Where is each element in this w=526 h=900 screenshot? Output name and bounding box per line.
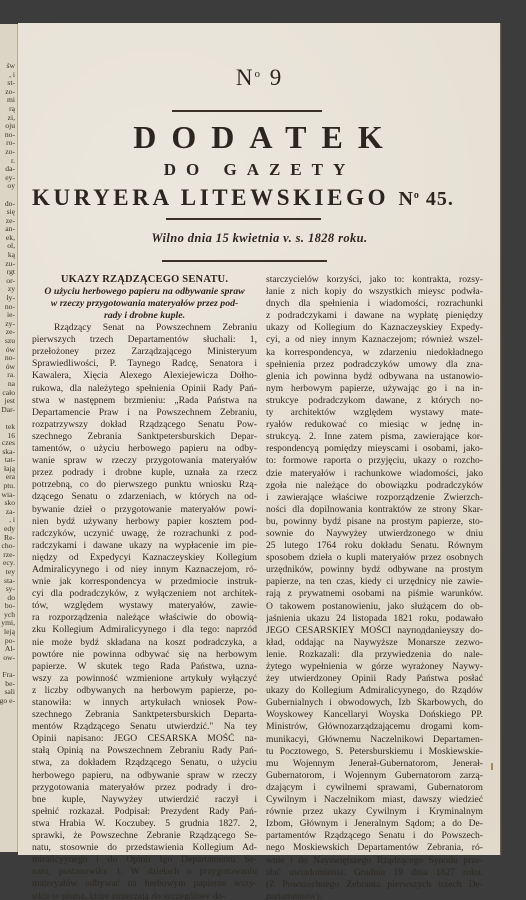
text-line: powtóre nie powinna odbywać się na herbo… [32, 649, 257, 661]
text-line: O takowem postanowieniu, jako służącem d… [266, 601, 483, 613]
text-line: papierze, na ten czas, kiedy ci urzędnic… [266, 576, 483, 588]
paper-stain [491, 763, 493, 770]
text-line: mu Wojennym Jenerał-Gubernatorom, Jenera… [266, 758, 483, 770]
newspaper-page: No 9 DODATEK DO GAZETY KURYERA LITEWSKIE… [18, 23, 501, 855]
text-line: tów, względem wystawy materyałów, zawie- [32, 600, 257, 612]
dateline: Wilno dnia 15 kwietnia v. s. 1828 roku. [32, 231, 487, 246]
text-line: to: formowe raporta o przyjęciu, ukazy o… [266, 455, 483, 467]
text-line: wanie spraw w rzeczy przygotowania mater… [32, 455, 257, 467]
text-line: zku Kollegium Admiralicyynego i dla tego… [32, 624, 257, 636]
text-line: z podradczykami i dawane na wypłatę pien… [266, 310, 483, 322]
text-line: cyi dla podradczyków, z wyłączeniem not … [32, 588, 257, 600]
text-line: ności dla dopilnowania kontraktów ze str… [266, 504, 483, 516]
text-line: ryałów redukować co miesiąc w jednę in- [266, 419, 483, 431]
text-line: ty architektów względem wystawy mate- [266, 407, 483, 419]
text-line: radczykami i dawane ukazy na wypłacenie … [32, 540, 257, 552]
text-line: spełnienia przez podradczyków umowy dla … [266, 359, 483, 371]
title-dodatek: DODATEK [32, 119, 487, 156]
title-kuryer-litewski: KURYERA LITEWSKIEGO No 45. [32, 185, 487, 211]
adjacent-page-text-top: św , i st- zo- mi rą zi, oju no- ro- zo-… [1, 62, 15, 440]
text-line: Woyskowey Kancellaryi Woyska Dońskiego P… [266, 709, 483, 721]
text-line: Cywilnym i Naczelnikom miast, dawszy wie… [266, 794, 483, 806]
text-line: munikacyi, Głównemu Naczelnikowi Departa… [266, 734, 483, 746]
text-line: spełnić rozkazał. Podpisał: Prezydent Ra… [32, 806, 257, 818]
text-line: stwa w następnem brzmieniu: „Rada Państw… [32, 395, 257, 407]
text-line: papierze. W skutek tego Rada Państwa, uz… [32, 661, 257, 673]
text-line: rukowa, dla należytego spełnienia Opinii… [32, 383, 257, 395]
text-line: bu, powinny bydź pisane na prostym papie… [266, 516, 483, 528]
text-line: dzącego Senatu o zdarzeniach, w których … [32, 491, 257, 503]
text-line: stwa Hrabia W. Koczubey. 5 grudnia 1827.… [32, 818, 257, 830]
text-line: strukcyą. 2. Inne zatem pisma, zawierają… [266, 431, 483, 443]
text-line: ra rozporządzenia należące właściwie do … [32, 612, 257, 624]
text-line: kład, oddając na Naywyższe Monarsze zezw… [266, 637, 483, 649]
article-column-right: starczycielów korzyści, jako to: kontrak… [266, 274, 483, 900]
text-line: dzającym i cywilnemi sprawami, Gubernato… [266, 782, 483, 794]
text-line: lenie. Rozkazali: dla przywiedzenia do n… [266, 649, 483, 661]
article-column-left: UKAZY RZĄDZĄCEGO SENATU. O użyciu herbow… [32, 274, 257, 900]
text-line: strukcye podradczykom dawane, z których … [266, 395, 483, 407]
text-line: partamentów). [266, 891, 483, 900]
article-heading: UKAZY RZĄDZĄCEGO SENATU. [32, 274, 257, 286]
text-line: przez podrady i drobne kuple, uznała za … [32, 467, 257, 479]
document-viewer: św , i st- zo- mi rą zi, oju no- ro- zo-… [0, 0, 526, 900]
text-line: Gubernialnych i obwodowych, Izb Skarbowy… [266, 697, 483, 709]
text-line: Ministrów, Głównozarządzającemu drogami … [266, 721, 483, 733]
text-line: Departamencie Praw i na Powszechnem Zebr… [32, 407, 257, 419]
text-line: Sprawiedliwości, P. Taynego Radcę, Senat… [32, 358, 257, 370]
text-line: pierwszych trzech Departamentów słuchali… [32, 334, 257, 346]
text-line: urzędników, powinny bydź odbywane na pro… [266, 564, 483, 576]
text-line: wnie i do Nayświętszego Rządzącego Synod… [266, 855, 483, 867]
text-line: natu, postanowiło: 1. W dziełach o przyg… [32, 866, 257, 878]
text-line: szechnego Zebrania Sanktpetersburskich D… [32, 431, 257, 443]
header-rule [166, 218, 321, 220]
text-line: żey utwierdzoney Opinii Rady Państwa pos… [266, 673, 483, 685]
text-line: szechnego Zebrania Sanktpetersburskich D… [32, 709, 257, 721]
text-line: Admiralicyynego i od niey innym Kaznacze… [32, 564, 257, 576]
text-line: rozpatrzywszy dokład Rządzącego Senatu P… [32, 419, 257, 431]
article-body-right: starczycielów korzyści, jako to: kontrak… [266, 274, 483, 900]
text-line: niędzy od Expedycyi Kaznaczeyskiey Kolle… [32, 552, 257, 564]
header-rule [162, 260, 327, 262]
text-line: rają z prywatnemi osobami na piśmie waru… [266, 588, 483, 600]
text-line: bne kuple, Naywyżey utwierdzić raczył i [32, 794, 257, 806]
text-line: nie może bydź składana na koszt podradcz… [32, 637, 257, 649]
text-line: ka korrespondencya, w zdarzeniu niedokła… [266, 347, 483, 359]
text-line: sprawki, że Powszechne Zebranie Rządzące… [32, 830, 257, 842]
text-line: (Z Powszechnego Zebrania pierwszych trze… [266, 879, 483, 891]
text-line: potrzebną, co do pierwszego punktu wnios… [32, 479, 257, 491]
text-line: z liczby odbywanych na herbowym papierze… [32, 685, 257, 697]
text-line: zgoła nie należące do obowiązku podradcz… [266, 480, 483, 492]
text-line: 25 lutego 1764 roku dokładu Senatu. Równ… [266, 540, 483, 552]
text-line: stałą Opinią na Powszechnem Zebraniu Rad… [32, 745, 257, 757]
text-line: natu, stosownie do przedstawienia Kolleg… [32, 842, 257, 854]
text-line: materyałów odbywać na herbowym papierze … [32, 878, 257, 890]
adjacent-page-text-bottom: czes ska- tat- łają era ptu. wia- sko za… [0, 439, 15, 705]
text-line: mentów Rządzącego Senatu utwierdzić." Na… [32, 721, 257, 733]
text-line: respondencyą pomiędzy mieyscami i osobam… [266, 443, 483, 455]
text-line: żytego wypełnienia w górze wyrażoney Nay… [266, 661, 483, 673]
text-line: przełożoney przez Zarządzającego Ministe… [32, 346, 257, 358]
article-body-left: Rządzący Senat na Powszechnem Zebraniupi… [32, 322, 257, 900]
text-line: ukazy do Kollegium Admiralicyynego, do R… [266, 685, 483, 697]
text-line: nego Moskiewskich Departamentów Zebrania… [266, 842, 483, 854]
article-subheading: O użyciu herbowego papieru na odbywanie … [32, 286, 257, 322]
text-line: miralicyynego i do Opinii Igo Departamen… [32, 854, 257, 866]
text-line: łanie z nich kopiy do wszystkich mieysc … [266, 286, 483, 298]
text-line: tamentów, o użyciu herbowego papieru na … [32, 443, 257, 455]
text-line: cyi, a od niey innym Kaznaczejom; równie… [266, 334, 483, 346]
text-line: jaśnienia ukazu 24 listopada 1821 roku, … [266, 613, 483, 625]
text-line: ukazy od Kollegium do Kaznaczeyskiey Exp… [266, 322, 483, 334]
text-line: wnie jak korrespondencya w przedmiocie i… [32, 576, 257, 588]
text-line: Gubernatorom, i Wojennym Gubernatorom za… [266, 770, 483, 782]
text-line: Kawalera, Xięcia Alexego Alexiejewicza D… [32, 370, 257, 382]
text-line: wszy za powinność wzmienione artykuły wy… [32, 673, 257, 685]
text-line: równie przez ukazy Cywilnym i Kryminalny… [266, 806, 483, 818]
text-line: dnych dla spełnienia i wiadomości, rozra… [266, 298, 483, 310]
text-line: JEGO CESARSKIEY MOŚCI nayподdanieyszy do… [266, 625, 483, 637]
supplement-number: No 9 [32, 65, 487, 91]
text-line: i zawierające właściwe rozporządzenie Zw… [266, 492, 483, 504]
text-line: nien bydź używany herbowy papier kosztem… [32, 516, 257, 528]
text-line: stanowiła: w innych artykułach wniosek P… [32, 697, 257, 709]
text-line: bywanie dzieł o przygotowanie materyałów… [32, 504, 257, 516]
text-line: stkie te pisma, które zmierzają do szcze… [32, 891, 257, 900]
text-line: nym herbowym papierze, używając go i na … [266, 383, 483, 395]
text-line: Rządzący Senat na Powszechnem Zebraniu [32, 322, 257, 334]
text-line: partamentów Rządzącego Senatu i do Powsz… [266, 830, 483, 842]
text-line: przygotowania materyałów przez podrady i… [32, 782, 257, 794]
text-line: stwa, za dokładem Rządzącego Senatu, o u… [32, 757, 257, 769]
text-line: glenia ich powinna bydź odbywana na usta… [266, 371, 483, 383]
text-line: starczycielów korzyści, jako to: kontrak… [266, 274, 483, 286]
text-line: słać uwiadomienia. Grudnia 19 dnia 1827 … [266, 867, 483, 879]
text-line: Opinii napisano: JEGO CESARSKA MOŚĆ na- [32, 733, 257, 745]
text-line: herbowego papieru, na odbywanie spraw w … [32, 770, 257, 782]
text-line: radczyków, uczynić uwagę, że rozrachunki… [32, 528, 257, 540]
text-line: sownie do Naywyżey utwierdzonego w dniu [266, 528, 483, 540]
text-line: tu Pocztowego, S. Petersburskiemu i Mosk… [266, 746, 483, 758]
text-line: sposobem dzieła o kupli materyałów przez… [266, 552, 483, 564]
paper-number: No 45. [398, 188, 453, 210]
text-line: dzie materyałów i rachunkowe wiadomości,… [266, 468, 483, 480]
header-rule [172, 110, 322, 112]
adjacent-page-strip: św , i st- zo- mi rą zi, oju no- ro- zo-… [0, 24, 18, 852]
text-line: Izbom, Głównym i Jeneralnym Sądom; a do … [266, 818, 483, 830]
title-do-gazety: DO GAZETY [32, 160, 487, 180]
